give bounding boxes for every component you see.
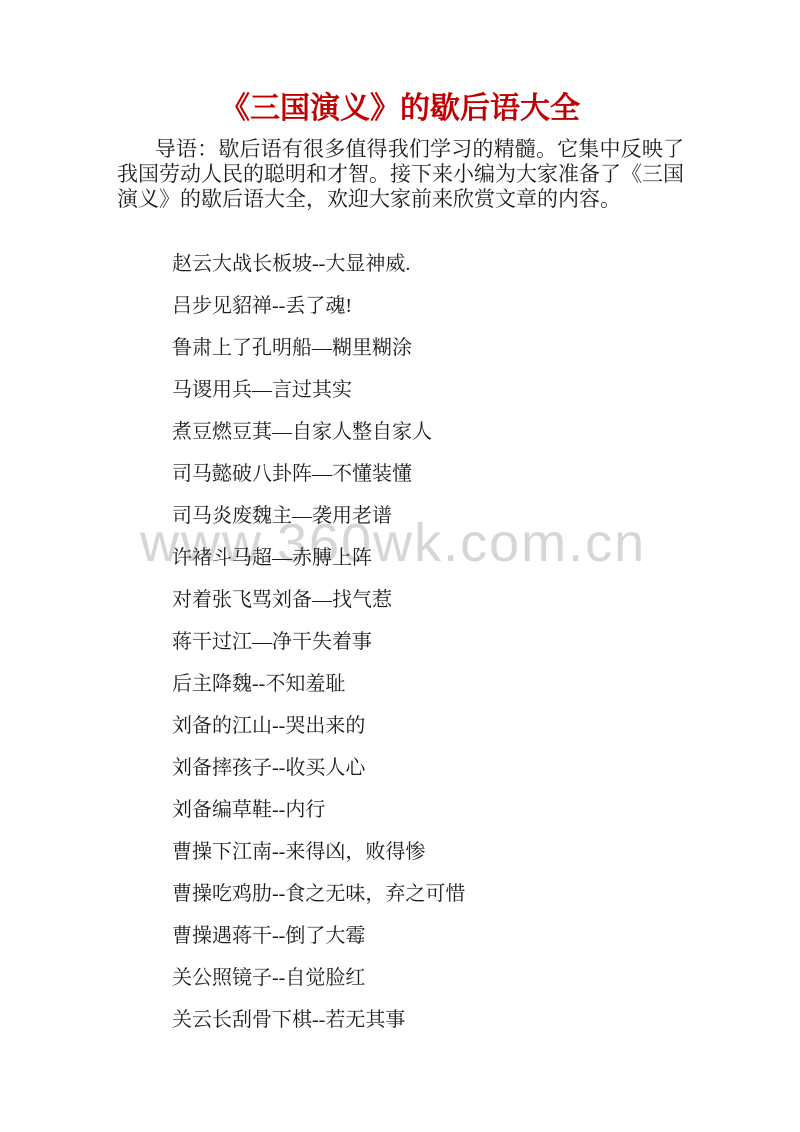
saying-item: 曹操下江南--来得凶，败得惨 [172,842,652,862]
saying-list: 赵云大战长板坡--大显神威.吕步见貂禅--丢了魂!鲁肃上了孔明船—糊里糊涂马谡用… [172,254,652,1052]
saying-item: 司马炎废魏主—袭用老谱 [172,506,652,526]
saying-item: 吕步见貂禅--丢了魂! [172,296,652,316]
saying-item: 刘备编草鞋--内行 [172,800,652,820]
page-title: 《三国演义》的歇后语大全 [0,90,800,128]
saying-item: 曹操吃鸡肋--食之无味，弃之可惜 [172,884,652,904]
saying-item: 对着张飞骂刘备—找气惹 [172,590,652,610]
saying-item: 蒋干过江—净干失着事 [172,632,652,652]
saying-item: 鲁肃上了孔明船—糊里糊涂 [172,338,652,358]
saying-item: 刘备的江山--哭出来的 [172,716,652,736]
saying-item: 刘备摔孩子--收买人心 [172,758,652,778]
saying-item: 司马懿破八卦阵—不懂装懂 [172,464,652,484]
document-page: 《三国演义》的歇后语大全 导语：歇后语有很多值得我们学习的精髓。它集中反映了我国… [0,0,800,1132]
saying-item: 关公照镜子--自觉脸红 [172,968,652,988]
saying-item: 马谡用兵—言过其实 [172,380,652,400]
intro-paragraph: 导语：歇后语有很多值得我们学习的精髓。它集中反映了我国劳动人民的聪明和才智。接下… [117,137,684,212]
saying-item: 煮豆燃豆萁—自家人整自家人 [172,422,652,442]
saying-item: 关云长刮骨下棋--若无其事 [172,1010,652,1030]
saying-item: 许褚斗马超—赤膊上阵 [172,548,652,568]
saying-item: 赵云大战长板坡--大显神威. [172,254,652,274]
saying-item: 后主降魏--不知羞耻 [172,674,652,694]
saying-item: 曹操遇蒋干--倒了大霉 [172,926,652,946]
